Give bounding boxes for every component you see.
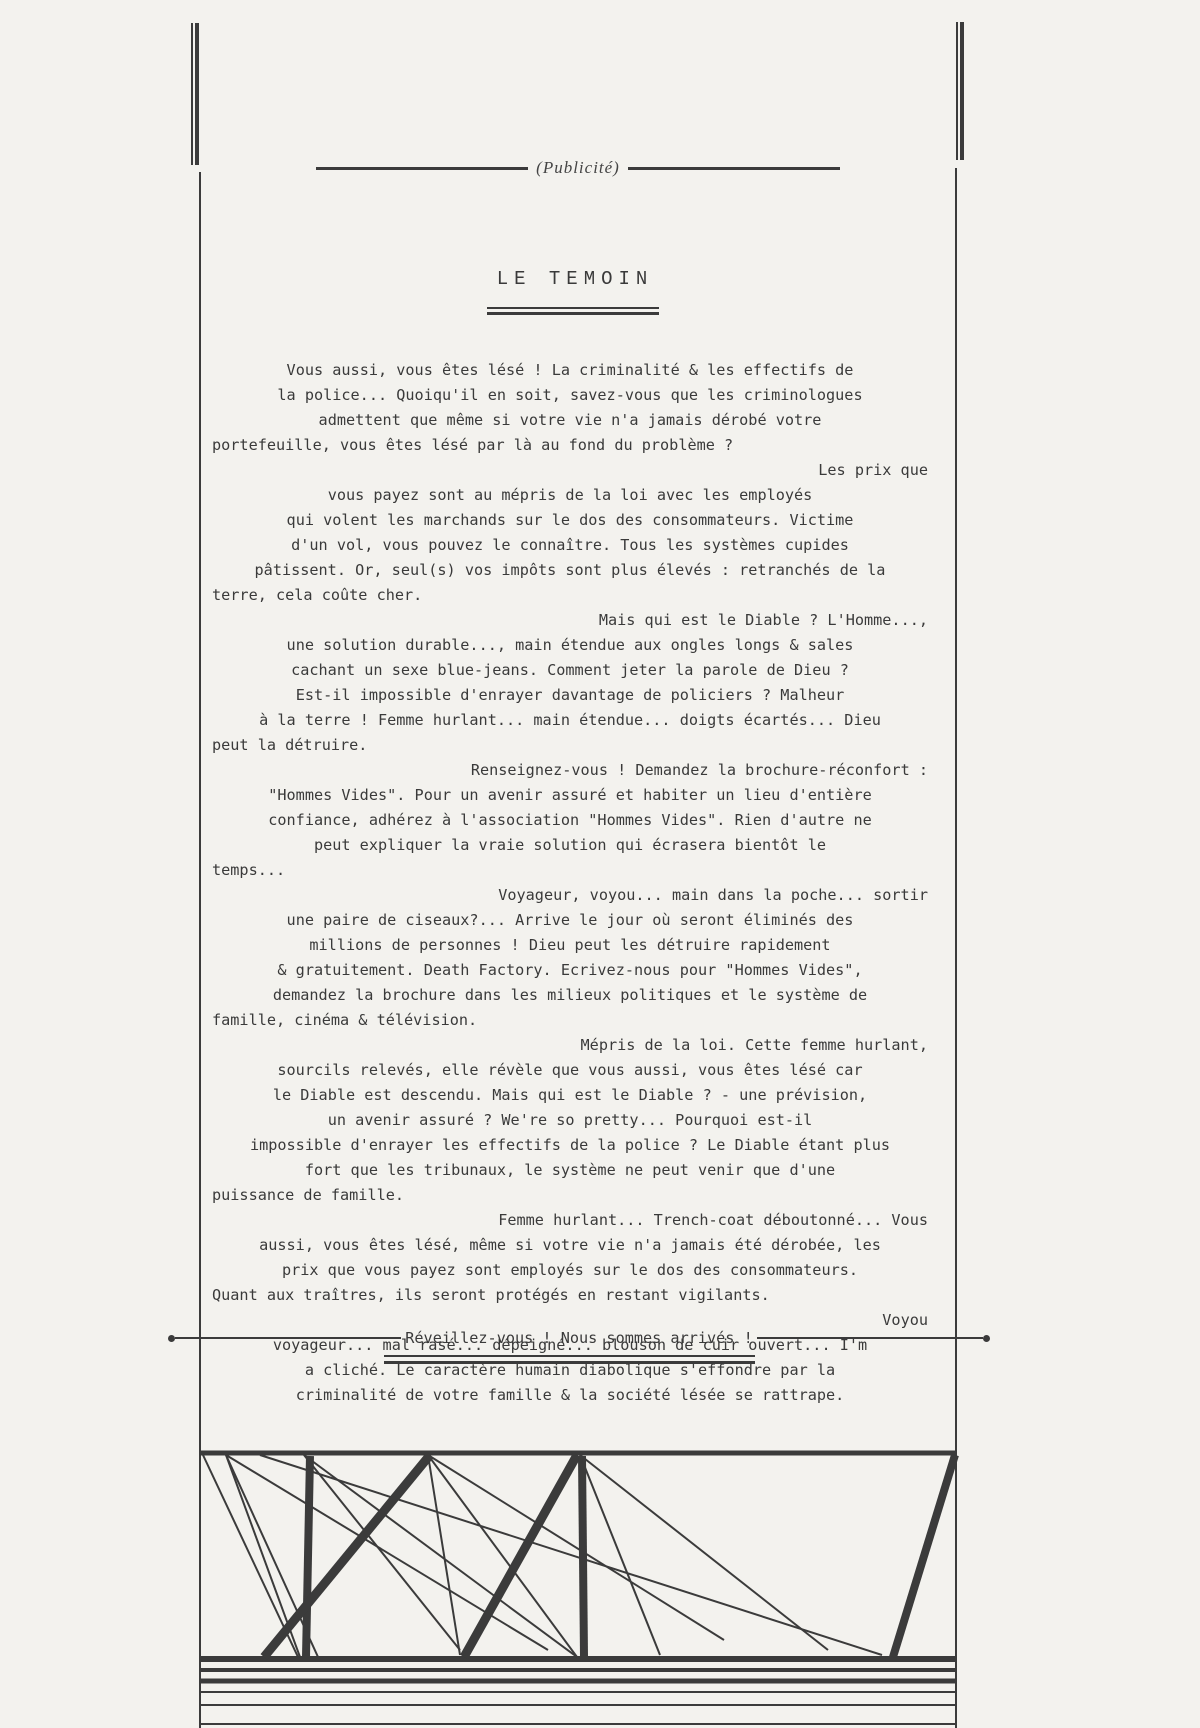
truss-illustration [0,0,1200,1728]
